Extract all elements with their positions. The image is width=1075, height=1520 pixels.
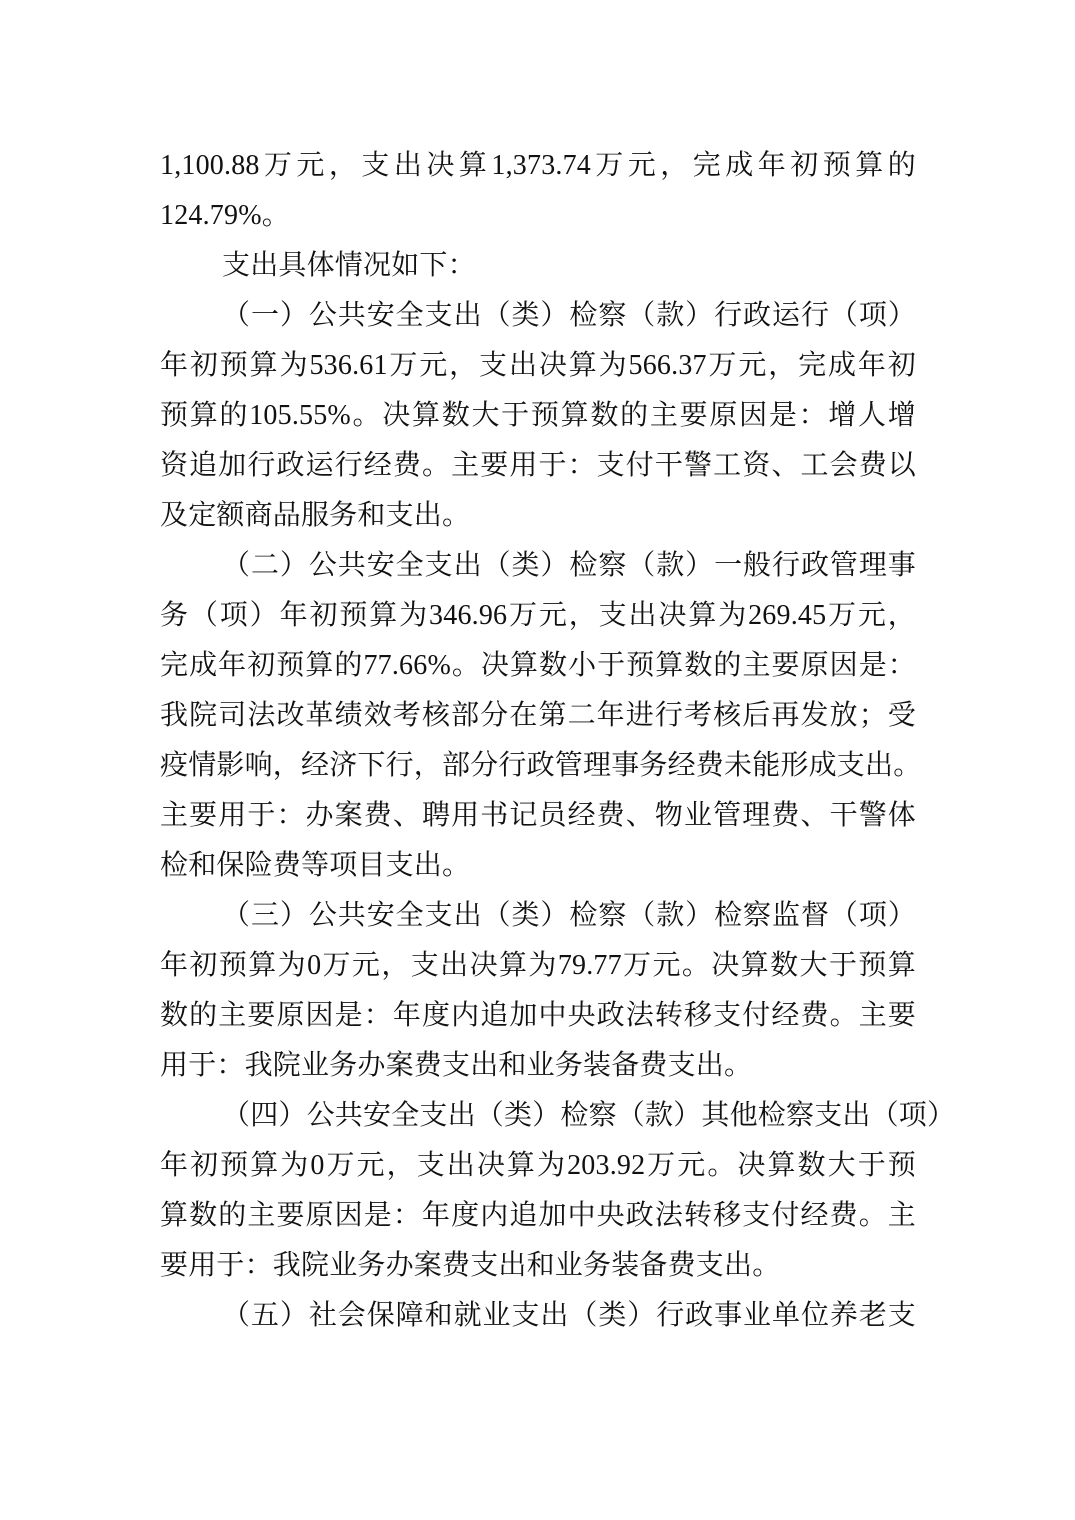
text-line: 完成年初预算的77.66%。决算数小于预算数的主要原因是： (160, 641, 916, 691)
text-line: 年初预算为536.61万元，支出决算为566.37万元，完成年初 (160, 341, 916, 391)
text-line: （四）公共安全支出（类）检察（款）其他检察支出（项） (160, 1091, 916, 1141)
paragraph: （二）公共安全支出（类）检察（款）一般行政管理事务（项）年初预算为346.96万… (160, 541, 916, 891)
text-line: 支出具体情况如下： (160, 241, 916, 291)
text-line: 及定额商品服务和支出。 (160, 491, 916, 541)
text-line: （三）公共安全支出（类）检察（款）检察监督（项） (160, 891, 916, 941)
text-line: 1,100.88万元，支出决算1,373.74万元，完成年初预算的 (160, 141, 916, 191)
text-line: 年初预算为0万元，支出决算为203.92万元。决算数大于预 (160, 1141, 916, 1191)
text-line: 资追加行政运行经费。主要用于：支付干警工资、工会费以 (160, 441, 916, 491)
document-body: 1,100.88万元，支出决算1,373.74万元，完成年初预算的124.79%… (160, 141, 916, 1341)
text-line: 务（项）年初预算为346.96万元，支出决算为269.45万元， (160, 591, 916, 641)
text-line: 预算的105.55%。决算数大于预算数的主要原因是：增人增 (160, 391, 916, 441)
text-line: 用于：我院业务办案费支出和业务装备费支出。 (160, 1041, 916, 1091)
paragraph: （一）公共安全支出（类）检察（款）行政运行（项）年初预算为536.61万元，支出… (160, 291, 916, 541)
paragraph: 1,100.88万元，支出决算1,373.74万元，完成年初预算的124.79%… (160, 141, 916, 241)
paragraph: （五）社会保障和就业支出（类）行政事业单位养老支 (160, 1291, 916, 1341)
text-line: 年初预算为0万元，支出决算为79.77万元。决算数大于预算 (160, 941, 916, 991)
paragraph: 支出具体情况如下： (160, 241, 916, 291)
text-line: （二）公共安全支出（类）检察（款）一般行政管理事 (160, 541, 916, 591)
text-line: 主要用于：办案费、聘用书记员经费、物业管理费、干警体 (160, 791, 916, 841)
document-page: 1,100.88万元，支出决算1,373.74万元，完成年初预算的124.79%… (0, 0, 1075, 1520)
text-line: 检和保险费等项目支出。 (160, 841, 916, 891)
text-line: （五）社会保障和就业支出（类）行政事业单位养老支 (160, 1291, 916, 1341)
text-line: 疫情影响，经济下行，部分行政管理事务经费未能形成支出。 (160, 741, 916, 791)
paragraph: （三）公共安全支出（类）检察（款）检察监督（项）年初预算为0万元，支出决算为79… (160, 891, 916, 1091)
paragraph: （四）公共安全支出（类）检察（款）其他检察支出（项）年初预算为0万元，支出决算为… (160, 1091, 916, 1291)
text-line: （一）公共安全支出（类）检察（款）行政运行（项） (160, 291, 916, 341)
text-line: 数的主要原因是：年度内追加中央政法转移支付经费。主要 (160, 991, 916, 1041)
text-line: 要用于：我院业务办案费支出和业务装备费支出。 (160, 1241, 916, 1291)
text-line: 124.79%。 (160, 191, 916, 241)
text-line: 算数的主要原因是：年度内追加中央政法转移支付经费。主 (160, 1191, 916, 1241)
text-line: 我院司法改革绩效考核部分在第二年进行考核后再发放；受 (160, 691, 916, 741)
